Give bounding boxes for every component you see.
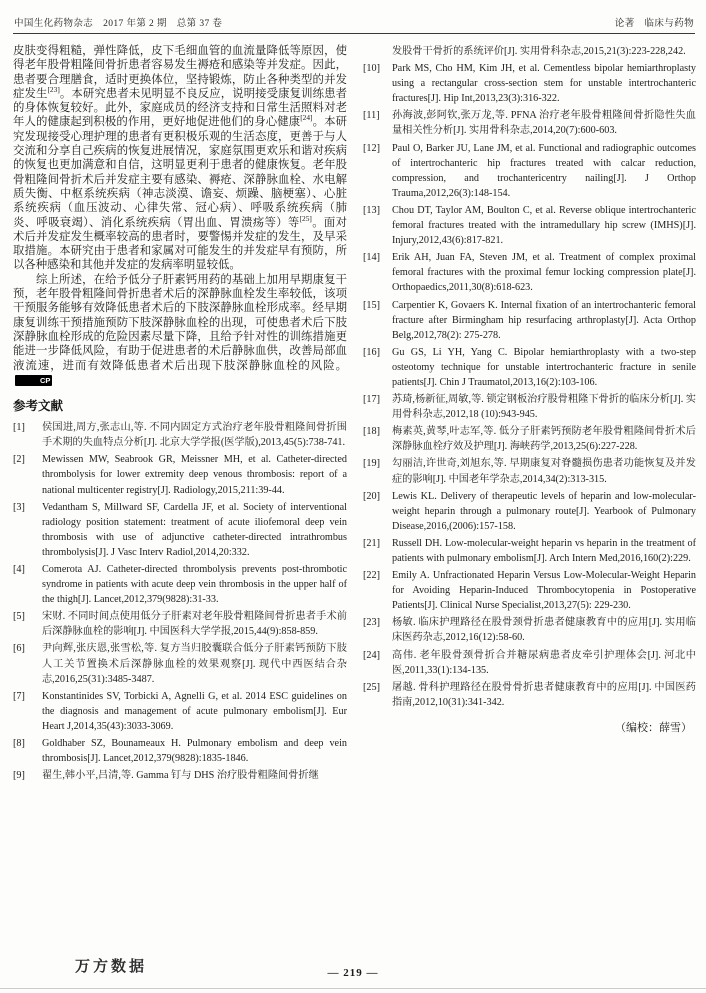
paragraph-text: 综上所述，在给予低分子肝素钙用药的基础上加用早期康复干预，老年股骨粗隆间骨折患者… [13,274,347,372]
reference-text: 梅素英,黄琴,叶志军,等. 低分子肝素钙预防老年股骨粗隆间骨折术后深静脉血栓疗效… [392,426,696,452]
reference-item: [5]宋财. 不同时间点使用低分子肝素对老年股骨粗隆间骨折患者手术前后深静脉血栓… [13,609,347,639]
article-paragraph: 综上所述，在给予低分子肝素钙用药的基础上加用早期康复干预，老年股骨粗隆间骨折患者… [13,273,347,387]
reference-text: Comerota AJ. Catheter-directed thromboly… [42,564,347,605]
reference-item: [8]Goldhaber SZ, Bounameaux H. Pulmonary… [13,736,347,766]
reference-text: Emily A. Unfractionated Heparin Versus L… [392,570,696,611]
reference-number: [24] [363,648,380,663]
reference-item: [10]Park MS, Cho HM, Kim JH, et al. Ceme… [363,61,696,106]
reference-item: [25]屠越. 骨科护理路径在股骨骨折患者健康教育中的应用[J]. 中国医药指南… [363,680,696,710]
reference-number: [11] [363,108,380,123]
article-paragraph: 皮肤变得粗糙，弹性降低，皮下毛细血管的血流量降低等原因，使得老年股骨粗隆间骨折患… [13,44,347,273]
reference-item: [7]Konstantinides SV, Torbicki A, Agnell… [13,689,347,734]
reference-item: [14]Erik AH, Juan FA, Steven JM, et al. … [363,250,696,295]
reference-number: [16] [363,345,380,360]
reference-item: [20]Lewis KL. Delivery of therapeutic le… [363,489,696,534]
reference-item: [24]高伟. 老年股骨颈骨折合并糖尿病患者皮牵引护理体会[J]. 河北中医,2… [363,648,696,678]
reference-text: 苏琦,杨新征,周敏,等. 锁定钢板治疗股骨粗隆下骨折的临床分析[J]. 实用骨科… [392,394,696,420]
reference-number: [3] [13,500,25,515]
reference-number: [25] [363,680,380,695]
reference-item: [11]孙海波,彭阿钦,张万龙,等. PFNA 治疗老年股骨粗隆间骨折隐性失血量… [363,108,696,138]
reference-item: [19]勾丽洁,许世奇,刘旭东,等. 早期康复对脊髓损伤患者功能恢复及并发症的影… [363,456,696,486]
references-list-left: [1]侯国进,周方,张志山,等. 不同内固定方式治疗老年股骨粗隆间骨折围手术期的… [13,420,347,783]
reference-item: [17]苏琦,杨新征,周敏,等. 锁定钢板治疗股骨粗隆下骨折的临床分析[J]. … [363,392,696,422]
reference-text: Park MS, Cho HM, Kim JH, et al. Cementle… [392,63,696,104]
paragraph-text: 。本研究患者未见明显不良反应，说明接受康复训练患者的身体恢复较好。此外，家庭成员… [13,88,347,129]
reference-item: [15]Carpentier K, Govaers K. Internal fi… [363,298,696,343]
reference-number: [2] [13,452,25,467]
reference-text: Mewissen MW, Seabrook GR, Meissner MH, e… [42,454,347,495]
reference-number: [18] [363,424,380,439]
reference-number: [8] [13,736,25,751]
reference-number: [17] [363,392,380,407]
page-number: — 219 — [0,967,706,979]
reference-number: [12] [363,141,380,156]
reference-number: [19] [363,456,380,471]
reference-number: [9] [13,768,25,783]
reference-continuation: 发股骨干骨折的系统评价[J]. 实用骨科杂志,2015,21(3):223-22… [363,44,696,59]
reference-text: Erik AH, Juan FA, Steven JM, et al. Trea… [392,252,696,293]
reference-item: [16]Gu GS, Li YH, Yang C. Bipolar hemiar… [363,345,696,390]
reference-text: Goldhaber SZ, Bounameaux H. Pulmonary em… [42,738,347,764]
journal-page: 中国生化药物杂志 2017 年第 2 期 总第 37 卷 论著 临床与药物 皮肤… [0,0,706,993]
bottom-scan-rule [0,988,706,989]
reference-item: [2]Mewissen MW, Seabrook GR, Meissner MH… [13,452,347,497]
paragraph-text: 。本研究发现接受心理护理的患者有更积极乐观的生活态度，更善于与人交流和分享自己疾… [13,116,347,228]
reference-number: [13] [363,203,380,218]
reference-number: [6] [13,641,25,656]
reference-text: Chou DT, Taylor AM, Boulton C, et al. Re… [392,205,696,246]
reference-number: [4] [13,562,25,577]
citation-superscript: [25] [300,214,312,223]
references-heading: 参考文献 [13,396,347,414]
reference-text: 侯国进,周方,张志山,等. 不同内固定方式治疗老年股骨粗隆间骨折围手术期的失血特… [42,422,347,448]
header-rule [13,33,695,34]
reference-number: [22] [363,568,380,583]
right-column: 发股骨干骨折的系统评价[J]. 实用骨科杂志,2015,21(3):223-22… [363,44,696,785]
reference-text: Paul O, Barker JU, Lane JM, et al. Funct… [392,143,696,199]
section-label: 论著 临床与药物 [615,15,694,29]
article-body: 皮肤变得粗糙，弹性降低，皮下毛细血管的血流量降低等原因，使得老年股骨粗隆间骨折患… [13,44,347,387]
article-end-marker: CP [15,375,52,386]
references-list-right: 发股骨干骨折的系统评价[J]. 实用骨科杂志,2015,21(3):223-22… [363,44,696,710]
page-header: 中国生化药物杂志 2017 年第 2 期 总第 37 卷 论著 临床与药物 [14,15,694,29]
reference-number: [10] [363,61,380,76]
reference-text: 宋财. 不同时间点使用低分子肝素对老年股骨粗隆间骨折患者手术前后深静脉血栓的影响… [42,611,347,637]
reference-item: [12]Paul O, Barker JU, Lane JM, et al. F… [363,141,696,201]
reference-item: [21]Russell DH. Low-molecular-weight hep… [363,536,696,566]
reference-text: 发股骨干骨折的系统评价[J]. 实用骨科杂志,2015,21(3):223-22… [392,46,686,57]
reference-number: [20] [363,489,380,504]
page-content: 皮肤变得粗糙，弹性降低，皮下毛细血管的血流量降低等原因，使得老年股骨粗隆间骨折患… [13,44,696,785]
reference-item: [1]侯国进,周方,张志山,等. 不同内固定方式治疗老年股骨粗隆间骨折围手术期的… [13,420,347,450]
reference-number: [15] [363,298,380,313]
reference-text: 勾丽洁,许世奇,刘旭东,等. 早期康复对脊髓损伤患者功能恢复及并发症的影响[J]… [392,458,696,484]
reference-number: [23] [363,615,380,630]
journal-issue-info: 中国生化药物杂志 2017 年第 2 期 总第 37 卷 [14,15,222,29]
reference-text: Konstantinides SV, Torbicki A, Agnelli G… [42,691,347,732]
reference-item: [22]Emily A. Unfractionated Heparin Vers… [363,568,696,613]
reference-item: [6]尹向辉,张庆恩,张雪松,等. 复方当归胶囊联合低分子肝素钙预防下肢人工关节… [13,641,347,686]
editor-note: （编校：薛雪） [363,719,696,735]
reference-text: 翟生,韩小平,吕清,等. Gamma 钉与 DHS 治疗股骨粗隆间骨折继 [42,770,319,781]
reference-text: 杨敏. 临床护理路径在股骨颈骨折患者健康教育中的应用[J]. 实用临床医药杂志,… [392,617,696,643]
reference-item: [9]翟生,韩小平,吕清,等. Gamma 钉与 DHS 治疗股骨粗隆间骨折继 [13,768,347,783]
reference-text: 尹向辉,张庆恩,张雪松,等. 复方当归胶囊联合低分子肝素钙预防下肢人工关节置换术… [42,643,347,684]
reference-text: 孙海波,彭阿钦,张万龙,等. PFNA 治疗老年股骨粗隆间骨折隐性失血量相关性分… [392,110,696,136]
reference-text: Carpentier K, Govaers K. Internal fixati… [392,300,696,341]
reference-number: [21] [363,536,380,551]
reference-number: [7] [13,689,25,704]
reference-text: 高伟. 老年股骨颈骨折合并糖尿病患者皮牵引护理体会[J]. 河北中医,2011,… [392,650,696,676]
reference-text: Gu GS, Li YH, Yang C. Bipolar hemiarthro… [392,347,696,388]
left-column: 皮肤变得粗糙，弹性降低，皮下毛细血管的血流量降低等原因，使得老年股骨粗隆间骨折患… [13,44,347,785]
citation-superscript: [23] [47,85,59,94]
reference-item: [18]梅素英,黄琴,叶志军,等. 低分子肝素钙预防老年股骨粗隆间骨折术后深静脉… [363,424,696,454]
reference-item: [3]Vedantham S, Millward SF, Cardella JF… [13,500,347,560]
reference-text: Russell DH. Low-molecular-weight heparin… [392,538,696,564]
reference-text: 屠越. 骨科护理路径在股骨骨折患者健康教育中的应用[J]. 中国医药指南,201… [392,682,696,708]
reference-number: [5] [13,609,25,624]
reference-number: [1] [13,420,25,435]
reference-number: [14] [363,250,380,265]
reference-text: Vedantham S, Millward SF, Cardella JF, e… [42,502,347,558]
reference-item: [4]Comerota AJ. Catheter-directed thromb… [13,562,347,607]
citation-superscript: [24] [300,114,312,123]
reference-item: [23]杨敏. 临床护理路径在股骨颈骨折患者健康教育中的应用[J]. 实用临床医… [363,615,696,645]
reference-text: Lewis KL. Delivery of therapeutic levels… [392,491,696,532]
reference-item: [13]Chou DT, Taylor AM, Boulton C, et al… [363,203,696,248]
